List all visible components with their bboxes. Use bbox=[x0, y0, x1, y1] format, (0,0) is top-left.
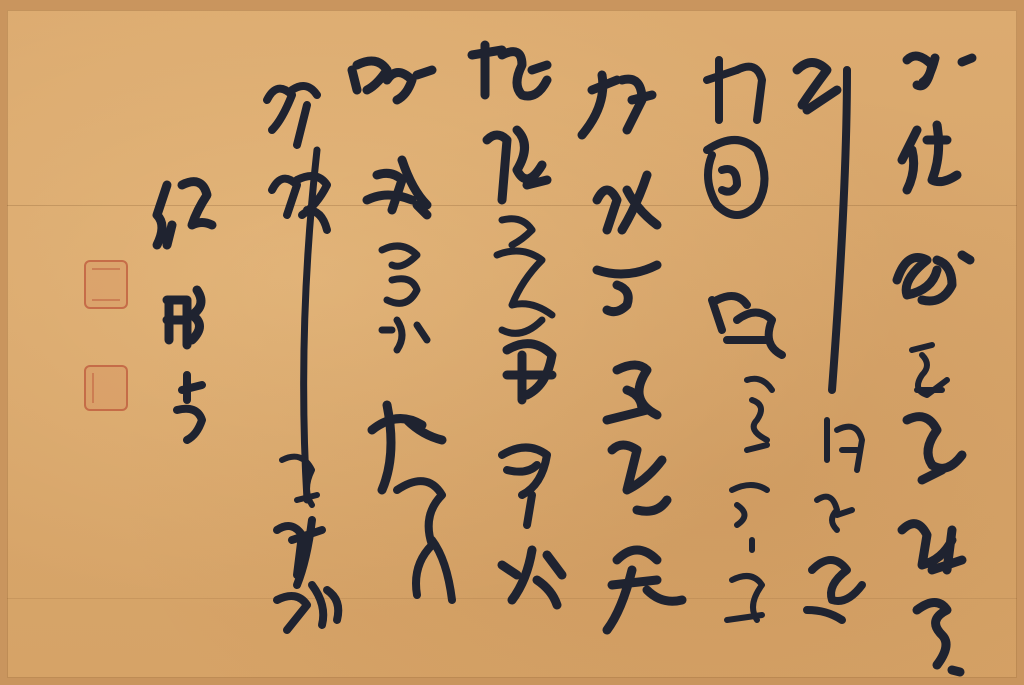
seal-lower bbox=[84, 365, 128, 411]
column-6 bbox=[352, 61, 452, 600]
calligraphy-paper: 小艇跋（泛）茵漁灣 到洞前碧 村圖曉察丹崖 砌秋下墻鉄嶺 松補嘉丹壁水 嗚未晉小… bbox=[7, 10, 1017, 678]
calligraphy-ink bbox=[7, 10, 1017, 678]
column-5 bbox=[472, 45, 562, 605]
seal-upper bbox=[84, 260, 128, 309]
column-2 bbox=[797, 63, 862, 621]
scroll-mount: 小艇跋（泛）茵漁灣 到洞前碧 村圖曉察丹崖 砌秋下墻鉄嶺 松補嘉丹壁水 嗚未晉小… bbox=[0, 0, 1024, 685]
column-3 bbox=[707, 60, 782, 620]
seal-script bbox=[92, 268, 120, 301]
column-7 bbox=[267, 86, 338, 630]
signature bbox=[157, 182, 212, 440]
column-1 bbox=[897, 56, 972, 672]
seal-script bbox=[92, 373, 120, 403]
column-4 bbox=[582, 75, 682, 630]
